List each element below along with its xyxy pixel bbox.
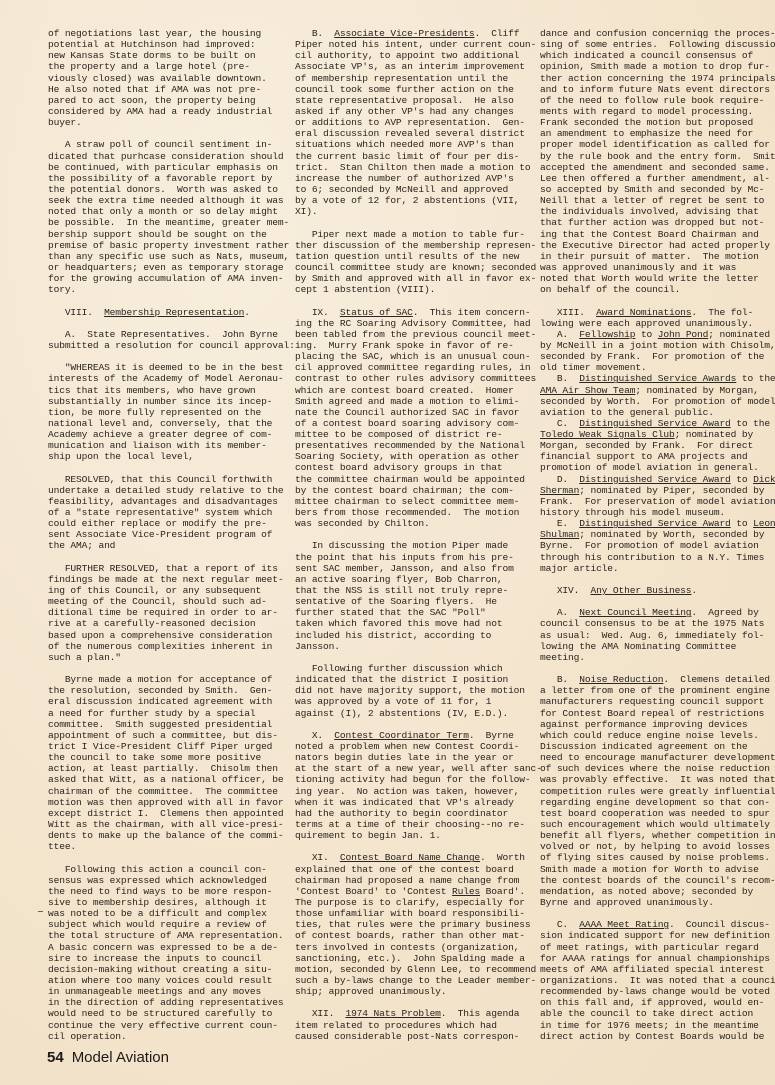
text-line: AMA Air Show Team; nominated by Morgan, <box>540 385 775 396</box>
text-line: ters involved in contests (organization, <box>295 942 525 953</box>
text-line: asked that Witt, as a national officer, … <box>48 774 273 785</box>
text-line: on behalf of the council. <box>540 284 775 295</box>
text-line: committee. Smith suggested presidential <box>48 719 273 730</box>
text-line: D. Distinguished Service Award to Dick <box>540 474 775 485</box>
text-line: national level and, conversely, that the <box>48 418 273 429</box>
text-line: undertake a detailed study relative to t… <box>48 485 273 496</box>
text-line: ing year. No action was taken, however, <box>295 786 525 797</box>
text-line: council consensus to be at the 1975 Nats <box>540 618 775 629</box>
text-line: was approved by a vote of 11 for, 1 <box>295 696 525 707</box>
text-line: contrast to other rules advisory committ… <box>295 373 525 384</box>
paragraph: "WHEREAS it is deemed to be in the besti… <box>48 362 273 462</box>
paragraph: X. Contest Coordinator Term. Byrnenoted … <box>295 730 525 841</box>
text-line: taken which favored this move had not <box>295 618 525 629</box>
text-line: Following this action a council con- <box>48 864 273 875</box>
text-line: appointment of such a committee, but dis… <box>48 730 273 741</box>
text-line: be continued, with particular emphasis o… <box>48 162 273 173</box>
text-line: ditional time be required in order to ar… <box>48 607 273 618</box>
paragraph: Following this action a council con-sens… <box>48 864 273 1042</box>
text-line: Neill that a letter of regret be sent to <box>540 195 775 206</box>
text-line: the potential donors. Worth was asked to <box>48 184 273 195</box>
text-line: been tabled from the previous council me… <box>295 329 525 340</box>
text-line: Associate VP's, as an interim improvemen… <box>295 61 525 72</box>
text-line: against performance improving devices <box>540 719 775 730</box>
underlined-heading: Distinguished Service Award <box>579 418 730 429</box>
underlined-heading: Contest Board Name Change <box>340 852 480 863</box>
text-line: findings be made at the next regular mee… <box>48 574 273 585</box>
text-line: would need to be structured carefully to <box>48 1008 273 1019</box>
text-line: of membership representation until the <box>295 73 525 84</box>
text-line: of contest boards, rather than other mat… <box>295 930 525 941</box>
text-line: Soaring Society, with operation as other <box>295 451 525 462</box>
underlined-heading: Leon <box>753 518 775 529</box>
text-line: In discussing the motion Piper made <box>295 540 525 551</box>
text-line: sion indicated support for new definitio… <box>540 930 775 941</box>
underlined-heading: Fellowship <box>579 329 635 340</box>
text-line: Following further discussion which <box>295 663 525 674</box>
text-column-1: of negotiations last year, the housingpo… <box>48 28 273 1053</box>
paragraph: VIII. Membership Representation. <box>48 307 273 318</box>
text-line: A straw poll of council sentiment in- <box>48 139 273 150</box>
text-line: the property and a large hotel (pre- <box>48 61 273 72</box>
text-line: indicated that the district I position <box>295 674 525 685</box>
text-line: Byrne and approved unanimously. <box>540 897 775 908</box>
text-line: presentatives recommended by the Nationa… <box>295 440 525 451</box>
text-line: ther action concerning the 1974 principa… <box>540 73 775 84</box>
text-line: A. Next Council Meeting. Agreed by <box>540 607 775 618</box>
text-line: those unfamiliar with board responsibili… <box>295 908 525 919</box>
text-line: had the authority to begin coordinator <box>295 808 525 819</box>
text-line: asked if any other VP's had any changes <box>295 106 525 117</box>
text-line: A. Fellowship to John Pond; nominated <box>540 329 775 340</box>
text-line: of the numerous complexities inherent in <box>48 641 273 652</box>
text-line: need to encourage manufacturer developme… <box>540 752 775 763</box>
text-line: in unmanageable meetings and any moves <box>48 986 273 997</box>
text-line: except district I. Clemens then appointe… <box>48 808 273 819</box>
text-line: of such devices where the noise reductio… <box>540 763 775 774</box>
paragraph: A straw poll of council sentiment in-dic… <box>48 139 273 295</box>
text-line: did not have majority support, the motio… <box>295 685 525 696</box>
text-line: competition rules were greatly influenti… <box>540 786 775 797</box>
text-line: contest board advisory groups in that <box>295 462 525 473</box>
text-line: that the NSS is still not truly repre- <box>295 585 525 596</box>
text-line: ties, that rules were the primary busine… <box>295 919 525 930</box>
paragraph: dance and confusion concerniqg the proce… <box>540 28 775 295</box>
text-line: ing that the Contest Board Chairman and <box>540 229 775 240</box>
text-line: organizations. It was noted that a counc… <box>540 975 775 986</box>
underlined-heading: Distinguished Service Awards <box>579 373 736 384</box>
paragraph: Following further discussion whichindica… <box>295 663 525 719</box>
paragraph: IX. Status of SAC. This item concern-ing… <box>295 307 525 530</box>
text-line: substantially in number since its incep- <box>48 396 273 407</box>
text-line: ing of this Council, or any subsequent <box>48 585 273 596</box>
paragraph: Piper next made a motion to table fur-th… <box>295 229 525 296</box>
text-line: was noted to be a difficult and complex <box>48 908 273 919</box>
text-line: accepted the amendment and seconded same… <box>540 162 775 173</box>
text-line: B. Noise Reduction. Clemens detailed <box>540 674 775 685</box>
text-line: Piper noted his intent, under current co… <box>295 39 525 50</box>
text-line: old timer movement. <box>540 362 775 373</box>
text-line: cil approved committee regarding rules, … <box>295 362 525 373</box>
publication-title: Model Aviation <box>72 1049 169 1066</box>
text-line: explained that one of the contest board <box>295 864 525 875</box>
page-number: 54 <box>47 1049 64 1066</box>
text-line: the current basic limit of four per dis- <box>295 151 525 162</box>
text-line: eral discussion revealed several distric… <box>295 128 525 139</box>
magazine-page: of negotiations last year, the housingpo… <box>0 0 775 1085</box>
page-footer: 54Model Aviation <box>47 1049 169 1066</box>
text-line: of flying sites caused by noise problems… <box>540 852 775 863</box>
text-line: by McNeill in a joint motion with Chisol… <box>540 340 775 351</box>
text-line: subject which would require a review of <box>48 919 273 930</box>
text-line: the council to take some more positive <box>48 752 273 763</box>
text-line: test board cooperation was needed to spu… <box>540 808 775 819</box>
text-line: the possibility of a favorable report by <box>48 173 273 184</box>
text-line: of negotiations last year, the housing <box>48 28 273 39</box>
text-line: the resolution, seconded by Smith. Gen- <box>48 685 273 696</box>
text-line: which are contest board created. Homer <box>295 385 525 396</box>
text-line: sire to increase the inputs to council <box>48 953 273 964</box>
paragraph: XIII. Award Nominations. The fol-lowing … <box>540 307 775 574</box>
text-line: Jansson. <box>295 641 525 652</box>
text-line: noted that only a month or so delay migh… <box>48 206 273 217</box>
text-line: Frank. For preservation of model aviatio… <box>540 496 775 507</box>
underlined-heading: Sherman <box>540 485 579 496</box>
text-line: ing the RC Soaring Advisory Committee, h… <box>295 318 525 329</box>
margin-mark <box>38 911 43 912</box>
text-line: for AAAA ratings for annual championship… <box>540 953 775 964</box>
text-line: the Executive Director had acted properl… <box>540 240 775 251</box>
text-line: A. State Representatives. John Byrne <box>48 329 273 340</box>
text-line: such a plan." <box>48 652 273 663</box>
text-line: mendation, as noted above; seconded by <box>540 886 775 897</box>
text-line: XIII. Award Nominations. The fol- <box>540 307 775 318</box>
text-line: ing. Murry Frank spoke in favor of re- <box>295 340 525 351</box>
text-line: of meet ratings, with particular regard <box>540 942 775 953</box>
text-line: that further action was dropped but not- <box>540 217 775 228</box>
text-line: as usual: Wed. Aug. 6, immediately fol- <box>540 630 775 641</box>
text-line: tation question until results of the new <box>295 251 525 262</box>
text-line: for the growing accumulation of AMA inve… <box>48 273 273 284</box>
text-line: quirement to begin Jan. 1. <box>295 830 525 841</box>
text-line: in time for 1976 meets; in the meantime <box>540 1020 775 1031</box>
text-line: Lee then offered a further amendment, al… <box>540 173 775 184</box>
text-line: which indicated a council consensus of <box>540 50 775 61</box>
text-line: viously closed) was available downtown. <box>48 73 273 84</box>
paragraph: A. State Representatives. John Byrnesubm… <box>48 329 273 351</box>
text-line: regarding engine development so that con… <box>540 797 775 808</box>
text-column-2: B. Associate Vice-Presidents. CliffPiper… <box>295 28 525 1053</box>
text-line: placing the SAC, which is an unusual cou… <box>295 351 525 362</box>
text-line: such encouragement which would ultimatel… <box>540 819 775 830</box>
text-line: ship; approved unanimously. <box>295 986 525 997</box>
text-line: tory. <box>48 284 273 295</box>
underlined-heading: Award Nominations <box>596 307 691 318</box>
text-line: IX. Status of SAC. This item concern- <box>295 307 525 318</box>
paragraph: FURTHER RESOLVED, that a report of itsfi… <box>48 563 273 663</box>
text-line: than any specific use such as Nats, muse… <box>48 251 273 262</box>
underlined-heading: AMA Air Show Team <box>540 385 635 396</box>
text-line: based upon a comprehensive consideration <box>48 630 273 641</box>
text-line: ther discussion of the membership repres… <box>295 240 525 251</box>
text-line: sent Associate Vice-President program of <box>48 529 273 540</box>
underlined-heading: Distinguished Service Award <box>579 518 730 529</box>
text-line: terms at a time of their choosing--no re… <box>295 819 525 830</box>
text-line: pared to act soon, the property being <box>48 95 273 106</box>
text-line: trict I Vice-President Cliff Piper urged <box>48 741 273 752</box>
text-line: decision-making without creating a situ- <box>48 964 273 975</box>
text-line: major article. <box>540 563 775 574</box>
text-line: nate the Council authorized SAC in favor <box>295 407 525 418</box>
text-line: was provably effective. It was noted tha… <box>540 774 775 785</box>
text-line: Smith agreed and made a motion to elimi- <box>295 396 525 407</box>
underlined-heading: AAAA Meet Rating <box>579 919 669 930</box>
underlined-heading: Membership Representation <box>104 307 244 318</box>
text-line: XIV. Any Other Business. <box>540 585 775 596</box>
text-line: dicated that purhcase consideration shou… <box>48 151 273 162</box>
text-line: submitted a resolution for council appro… <box>48 340 273 351</box>
text-line: munication and liaison with its member- <box>48 440 273 451</box>
text-line: considered by AMA had a ready industrial <box>48 106 273 117</box>
text-line: tioning activity had begun for the follo… <box>295 774 525 785</box>
text-line: so accepted by Smith and seconded by Mc- <box>540 184 775 195</box>
underlined-heading: Associate Vice-Presidents <box>334 28 474 39</box>
text-line: mittee to be composed of district re- <box>295 429 525 440</box>
text-line: Byrne. For promotion of model aviation <box>540 540 775 551</box>
text-line: Discussion indicated agreement on the <box>540 741 775 752</box>
text-line: such a by-laws change to the Leader memb… <box>295 975 525 986</box>
text-line: trict. Stan Chilton then made a motion t… <box>295 162 525 173</box>
text-line: caused considerable post-Nats correspon- <box>295 1031 525 1042</box>
text-line: volved or not, by helping to avoid losse… <box>540 841 775 852</box>
text-line: the total structure of AMA representatio… <box>48 930 273 941</box>
paragraph: C. AAAA Meet Rating. Council discus-sion… <box>540 919 775 1042</box>
text-line: of the need to follow rule book require- <box>540 95 775 106</box>
text-line: of a "state representative" system which <box>48 507 273 518</box>
text-line: VIII. Membership Representation. <box>48 307 273 318</box>
text-line: noted a problem when new Contest Coordi- <box>295 741 525 752</box>
text-line: a letter from one of the prominent engin… <box>540 685 775 696</box>
text-line: RESOLVED, that this Council forthwith <box>48 474 273 485</box>
text-line: Smith made a motion for Worth to advise <box>540 864 775 875</box>
text-line: the need to find ways to be more respon- <box>48 886 273 897</box>
text-line: ments with regard to model processing. <box>540 106 775 117</box>
text-line: eral discussion indicated agreement with <box>48 696 273 707</box>
underlined-heading: Toledo Weak Signals Club <box>540 429 675 440</box>
text-line: proper model identification as called fo… <box>540 139 775 150</box>
text-line: be possible. In the meantime, greater me… <box>48 217 273 228</box>
paragraph: of negotiations last year, the housingpo… <box>48 28 273 128</box>
text-line: sanctioning, etc.). John Spalding made a <box>295 953 525 964</box>
text-line: ttee. <box>48 841 273 852</box>
text-line: rive at a carefully-reasoned decision <box>48 618 273 629</box>
text-line: bers from those recommended. The motion <box>295 507 525 518</box>
underlined-heading: Status of SAC <box>340 307 413 318</box>
text-line: could either replace or modify the pre- <box>48 518 273 529</box>
text-line: sent SAC member, Jansson, and also from <box>295 563 525 574</box>
text-line: the contest boards of the council's reco… <box>540 875 775 886</box>
text-line: FURTHER RESOLVED, that a report of its <box>48 563 273 574</box>
text-line: new Kansas State dorms to be built on <box>48 50 273 61</box>
underlined-heading: Shulman <box>540 529 579 540</box>
text-line: at the start of a new year, well after s… <box>295 763 525 774</box>
text-line: meeting of the Council, should such ad- <box>48 596 273 607</box>
underlined-heading: Contest Coordinator Term <box>334 730 469 741</box>
text-line: lowing were each approved unanimously. <box>540 318 775 329</box>
text-line: an amendment to emphasize the need for <box>540 128 775 139</box>
text-line: Shulman; nominated by Worth, seconded by <box>540 529 775 540</box>
text-line: tion, be more fully represented on the <box>48 407 273 418</box>
text-line: the AMA; and <box>48 540 273 551</box>
text-line: Toledo Weak Signals Club; nominated by <box>540 429 775 440</box>
text-line: X. Contest Coordinator Term. Byrne <box>295 730 525 741</box>
text-line: potential at Hutchinson had improved: <box>48 39 273 50</box>
text-line: to 6; seconded by McNeill and approved <box>295 184 525 195</box>
text-line: increase the number of authorized AVP's <box>295 173 525 184</box>
text-line: buyer. <box>48 117 273 128</box>
text-line: council took some further action on the <box>295 84 525 95</box>
text-line: cil authority, to appoint two additional <box>295 50 525 61</box>
text-line: the individuals involved, advising that <box>540 206 775 217</box>
text-line: further stated that the SAC "Poll" <box>295 607 525 618</box>
text-line: able the council to take direct action <box>540 1008 775 1019</box>
text-line: chairman of the committee. The committee <box>48 786 273 797</box>
text-line: E. Distinguished Service Award to Leon <box>540 518 775 529</box>
text-line: "WHEREAS it is deemed to be in the best <box>48 362 273 373</box>
text-line: or additions to AVP representation. Gen- <box>295 117 525 128</box>
text-line: noted that Worth would write the letter <box>540 273 775 284</box>
text-line: the committee chairman would be appointe… <box>295 474 525 485</box>
text-line: meeting. <box>540 652 775 663</box>
text-line: for Contest Board repeal of restrictions <box>540 708 775 719</box>
text-line: seek the extra time needed although it w… <box>48 195 273 206</box>
text-line: The purpose is to clarify, especially fo… <box>295 897 525 908</box>
text-line: by the contest board chairman; the com- <box>295 485 525 496</box>
text-line: seconded by Worth. For promotion of mode… <box>540 396 775 407</box>
text-line: a need for further study by a special <box>48 708 273 719</box>
text-column-3: dance and confusion concerniqg the proce… <box>540 28 775 1053</box>
underlined-heading: Dick <box>753 474 775 485</box>
text-line: dents to make up the balance of the comm… <box>48 830 273 841</box>
underlined-heading: 1974 Nats Problem <box>345 1008 440 1019</box>
text-line: history through his model museum. <box>540 507 775 518</box>
text-line: benefit all flyers, whether competition … <box>540 830 775 841</box>
text-line: financial support to AMA projects and <box>540 451 775 462</box>
text-line: Sherman; nominated by Piper, seconded by <box>540 485 775 496</box>
text-line: aviation to the general public. <box>540 407 775 418</box>
text-line: seconded by Frank. For promotion of the <box>540 351 775 362</box>
text-line: which could reduce engine noise levels. <box>540 730 775 741</box>
paragraph: Byrne made a motion for acceptance ofthe… <box>48 674 273 852</box>
text-line: the point that his inputs from his pre- <box>295 552 525 563</box>
text-line: included his district, according to <box>295 630 525 641</box>
text-line: opinion, Smith made a motion to drop fur… <box>540 61 775 72</box>
text-line: on this fall and, if approved, would en- <box>540 997 775 1008</box>
text-line: was approved unanimously and it was <box>540 262 775 273</box>
text-line: nators begin duties late in the year or <box>295 752 525 763</box>
paragraph: B. Associate Vice-Presidents. CliffPiper… <box>295 28 525 217</box>
text-line: was seconded by Chilton. <box>295 518 525 529</box>
text-line: B. Distinguished Service Awards to the <box>540 373 775 384</box>
text-line: promotion of model aviation in general. <box>540 462 775 473</box>
text-line: dance and confusion concerniqg the proce… <box>540 28 775 39</box>
text-line: sentative of the Soaring flyers. He <box>295 596 525 607</box>
text-line: bership support should be sought on the <box>48 229 273 240</box>
text-line: through his contribution to a N.Y. Times <box>540 552 775 563</box>
text-line: Morgan, seconded by Frank. For direct <box>540 440 775 451</box>
paragraph: XIV. Any Other Business. <box>540 585 775 596</box>
text-line: meets of AMA affiliated special interest <box>540 964 775 975</box>
text-line: ship upon the local level, <box>48 451 273 462</box>
paragraph: B. Noise Reduction. Clemens detaileda le… <box>540 674 775 908</box>
text-line: mittee chairman to select committee mem- <box>295 496 525 507</box>
text-line: Witt as the chairman, with all vice-pres… <box>48 819 273 830</box>
text-line: sing of some entries. Following discussi… <box>540 39 775 50</box>
text-line: Frank seconded the motion but proposed <box>540 117 775 128</box>
text-line: by Smith and approved with all in favor … <box>295 273 525 284</box>
text-line: XI. Contest Board Name Change. Worth <box>295 852 525 863</box>
text-line: manufacturers requesting council support <box>540 696 775 707</box>
text-line: motion, seconded by Glenn Lee, to recomm… <box>295 964 525 975</box>
text-line: ation where too many voices could result <box>48 975 273 986</box>
text-line: interests of the Academy of Model Aerona… <box>48 373 273 384</box>
text-line: tics that its members, who have grown <box>48 385 273 396</box>
text-line: Academy achieve a greater degree of com- <box>48 429 273 440</box>
text-line: recommended by-laws change would be vote… <box>540 986 775 997</box>
text-line: cept 1 abstention (VIII). <box>295 284 525 295</box>
paragraph: In discussing the motion Piper madethe p… <box>295 540 525 651</box>
text-line: situations which needed more AVP's than <box>295 139 525 150</box>
text-line: feasibility, advantages and disadvantage… <box>48 496 273 507</box>
text-line: an active soaring flyer, Bob Charron, <box>295 574 525 585</box>
text-line: by a vote of 12 for, 2 abstentions (VII, <box>295 195 525 206</box>
underlined-heading: Any Other Business <box>590 585 691 596</box>
text-line: 'Contest Board' to 'Contest Rules Board'… <box>295 886 525 897</box>
text-line: C. Distinguished Service Award to the <box>540 418 775 429</box>
text-line: of a contest board soaring advisory com- <box>295 418 525 429</box>
text-line: C. AAAA Meet Rating. Council discus- <box>540 919 775 930</box>
text-line: chairman had proposed a name change from <box>295 875 525 886</box>
text-line: against (I), 2 abstentions (IV, E.D.). <box>295 708 525 719</box>
text-line: by the rule book and the entry form. Smi… <box>540 151 775 162</box>
underlined-heading: Noise Reduction <box>579 674 663 685</box>
underlined-heading: Distinguished Service Award <box>579 474 730 485</box>
underlined-heading: John Pond <box>658 329 708 340</box>
text-line: XII. 1974 Nats Problem. This agenda <box>295 1008 525 1019</box>
text-line: in their pursuit of matter. The motion <box>540 251 775 262</box>
text-line: A basic concern was expressed to be a de… <box>48 942 273 953</box>
underlined-heading: Rules <box>452 886 480 897</box>
paragraph: XII. 1974 Nats Problem. This agendaitem … <box>295 1008 525 1041</box>
text-line: state representative proposal. He also <box>295 95 525 106</box>
text-line: in the direction of adding representativ… <box>48 997 273 1008</box>
text-line: sensus was expressed which acknowledged <box>48 875 273 886</box>
paragraph: XI. Contest Board Name Change. Worthexpl… <box>295 852 525 997</box>
text-line: item related to procedures which had <box>295 1020 525 1031</box>
underlined-heading: Next Council Meeting <box>579 607 691 618</box>
text-line: B. Associate Vice-Presidents. Cliff <box>295 28 525 39</box>
text-line: Byrne made a motion for acceptance of <box>48 674 273 685</box>
text-line: motion was then approved with all in fav… <box>48 797 273 808</box>
text-line: or headquarters; even as temporary stora… <box>48 262 273 273</box>
text-line: Piper next made a motion to table fur- <box>295 229 525 240</box>
text-line: He also noted that if AMA was not pre- <box>48 84 273 95</box>
text-line: premise of basic property investment rat… <box>48 240 273 251</box>
text-line: cil operation. <box>48 1031 273 1042</box>
text-line: direct action by Contest Boards would be <box>540 1031 775 1042</box>
text-line: council committee study are known; secon… <box>295 262 525 273</box>
text-line: sive to membership desires, although it <box>48 897 273 908</box>
